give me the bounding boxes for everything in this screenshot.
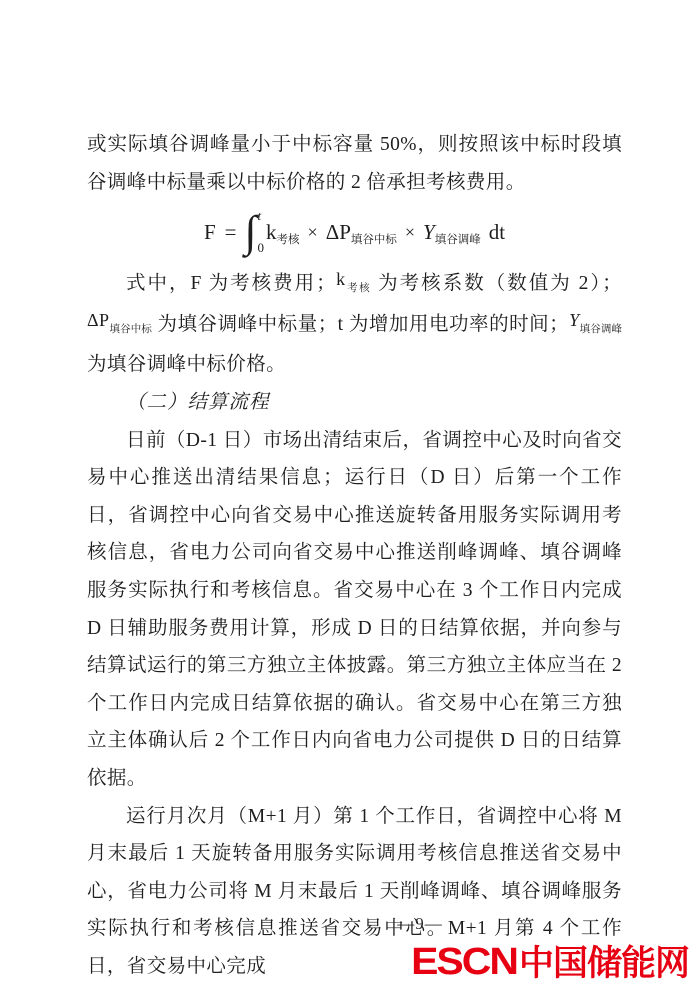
inline-math-delta-p: ΔP填谷中标 [87, 314, 152, 335]
differential-dt: dt [489, 220, 505, 245]
multiply-sign: × [308, 222, 318, 243]
formula-assessment-fee: F = ∫ t 0 k考核 × ΔP填谷中标 × Y填谷调峰 dt [87, 202, 622, 262]
paragraph-formula-explanation: 式中，F 为考核费用；k考核 为考核系数（数值为 2）；ΔP填谷中标 为填谷调峰… [87, 265, 622, 384]
escn-logo-chinese: 中国储能网 [519, 946, 689, 981]
delta-p-awarded-volume: ΔP填谷中标 [326, 220, 397, 245]
inline-math-k: k考核 [336, 273, 371, 294]
equals-sign: = [225, 220, 237, 245]
y-awarded-price: Y填谷调峰 [423, 220, 481, 245]
section-heading-settlement-process: （二）结算流程 [87, 384, 622, 422]
document-page: 或实际填谷调峰量小于中标容量 50%，则按照该中标时段填谷调峰中标量乘以中标价格… [0, 0, 700, 990]
escn-logo: ESCN 中国储能网 [411, 941, 689, 982]
document-body: 或实际填谷调峰量小于中标容量 50%，则按照该中标时段填谷调峰中标量乘以中标价格… [87, 0, 622, 985]
integral-upper-limit: t [258, 208, 265, 224]
paragraph-penalty-continuation: 或实际填谷调峰量小于中标容量 50%，则按照该中标时段填谷调峰中标量乘以中标价格… [87, 126, 622, 201]
paragraph-daily-settlement: 日前（D-1 日）市场出清结束后，省调控中心及时向省交易中心推送出清结果信息；运… [87, 422, 622, 798]
page-number: —9— [0, 914, 700, 934]
integral-lower-limit: 0 [258, 240, 265, 256]
multiply-sign: × [405, 222, 415, 243]
formula-lhs: F [204, 220, 216, 245]
inline-math-y: Y填谷调峰 [569, 314, 622, 335]
integral-sign: ∫ t 0 [244, 208, 264, 256]
k-assessment-coefficient: k考核 [266, 220, 300, 245]
escn-logo-latin: ESCN [411, 943, 517, 981]
